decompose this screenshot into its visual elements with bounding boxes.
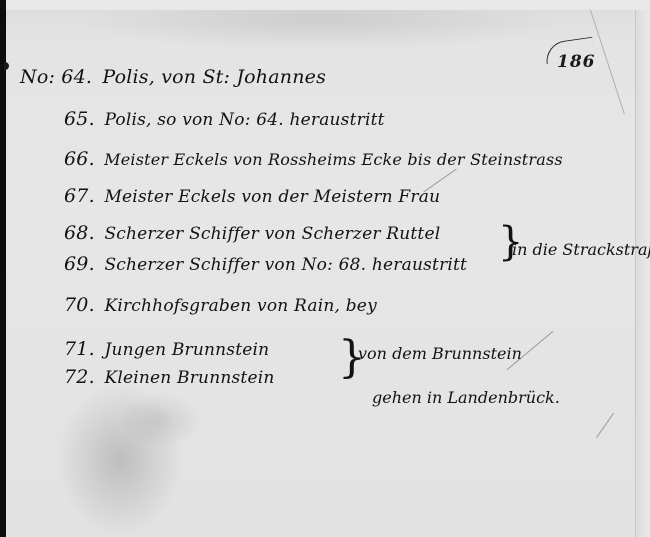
page-number: 186 <box>557 52 596 72</box>
binding-notch <box>4 62 9 70</box>
entry-71: 71. Jungen Brunnstein <box>64 338 269 360</box>
side-note-71-72-line1: von dem Brunnstein <box>358 344 522 363</box>
entry-text: Scherzer Schiffer von No: 68. heraustrit… <box>104 255 467 275</box>
page-top-edge <box>0 0 650 10</box>
binding-edge <box>0 0 6 537</box>
entry-64: No: 64. Polis, von St: Johannes <box>20 66 326 88</box>
entry-69: 69. Scherzer Schiffer von No: 68. heraus… <box>64 253 467 275</box>
entry-text: Kleinen Brunnstein <box>104 368 274 388</box>
entry-number: 67. <box>64 185 95 207</box>
entry-text: Meister Eckels von Rossheims Ecke bis de… <box>104 150 563 169</box>
entry-text: Kirchhofsgraben von Rain, bey <box>104 296 376 316</box>
entry-70: 70. Kirchhofsgraben von Rain, bey <box>64 294 377 316</box>
side-note-71-72-line2: gehen in Landenbrück. <box>372 388 560 407</box>
entry-72: 72. Kleinen Brunnstein <box>64 366 275 388</box>
entry-66: 66. Meister Eckels von Rossheims Ecke bi… <box>64 148 563 170</box>
entry-number: 65. <box>64 108 95 130</box>
side-note-68-69: in die Strackstraß <box>512 240 650 259</box>
entry-65: 65. Polis, so von No: 64. heraustritt <box>64 108 385 130</box>
entry-number: 66. <box>64 148 95 170</box>
entry-67: 67. Meister Eckels von der Meistern Frau <box>64 185 440 207</box>
entry-text: Jungen Brunnstein <box>104 340 269 360</box>
entry-number: 71. <box>64 338 95 360</box>
entry-text: Polis, so von No: 64. heraustritt <box>104 110 384 130</box>
entry-number: 69. <box>64 253 95 275</box>
entry-number: No: 64. <box>20 66 92 88</box>
manuscript-page: 186 No: 64. Polis, von St: Johannes 65. … <box>0 0 650 537</box>
entry-number: 70. <box>64 294 95 316</box>
entry-number: 72. <box>64 366 95 388</box>
entry-text: Meister Eckels von der Meistern Frau <box>104 187 440 207</box>
page-right-edge <box>635 10 650 537</box>
ink-stroke <box>596 413 614 438</box>
entry-68: 68. Scherzer Schiffer von Scherzer Rutte… <box>64 222 440 244</box>
entry-text: Polis, von St: Johannes <box>102 66 326 88</box>
entry-text: Scherzer Schiffer von Scherzer Ruttel <box>104 224 440 244</box>
entry-number: 68. <box>64 222 95 244</box>
